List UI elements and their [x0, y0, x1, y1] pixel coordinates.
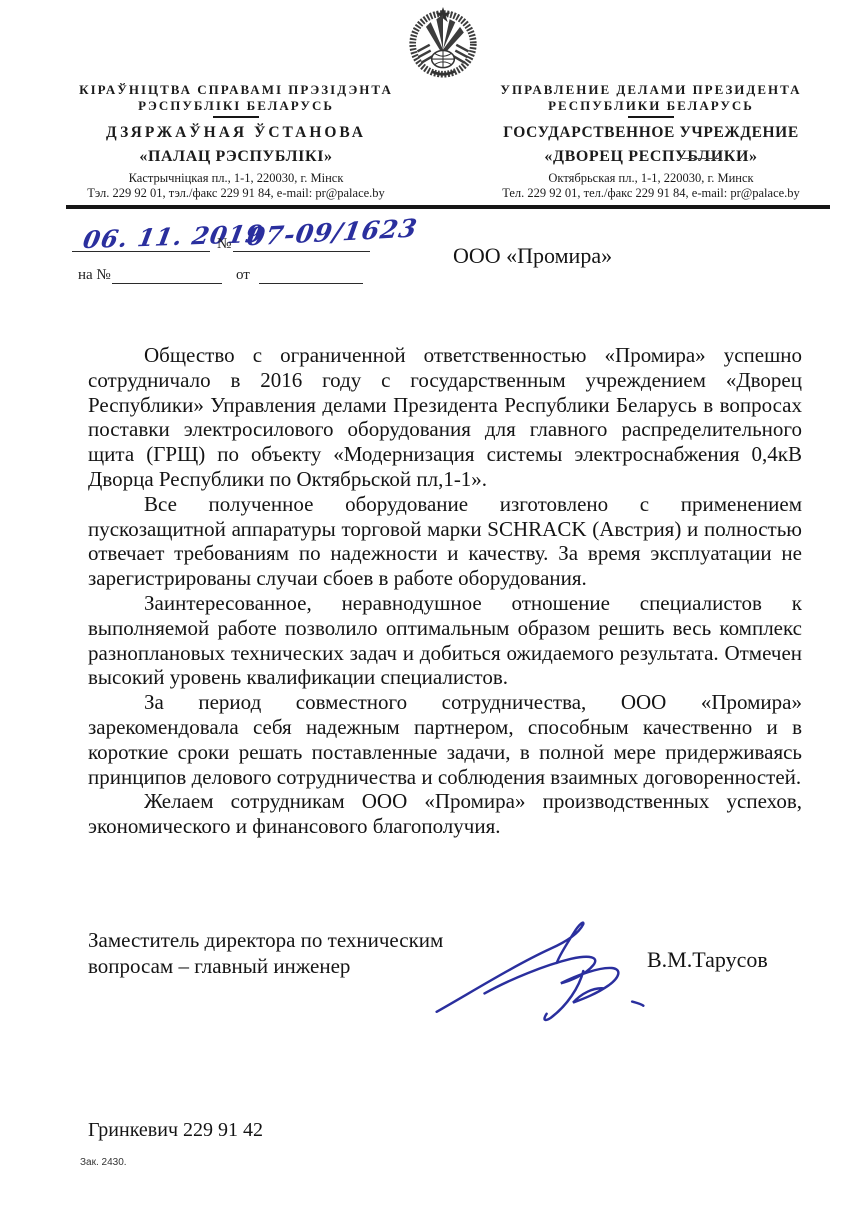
- institution-line1: ГОСУДАРСТВЕННОЕ УЧРЕЖДЕНИЕ: [468, 123, 834, 142]
- print-order-note: Зак. 2430.: [80, 1157, 127, 1168]
- blank-line-incoming-number: [112, 283, 222, 284]
- signer-position: Заместитель директора по техническим воп…: [88, 927, 443, 979]
- recipient: ООО «Промира»: [453, 243, 612, 269]
- body-paragraph: Желаем сотрудникам ООО «Промира» произво…: [88, 789, 802, 839]
- blank-line-date: [72, 251, 210, 252]
- incoming-date-label: от: [236, 267, 250, 284]
- letterhead-right: УПРАВЛЕНИЕ ДЕЛАМИ ПРЕЗИДЕНТА РЕСПУБЛИКИ …: [468, 82, 834, 201]
- divider: [213, 116, 259, 118]
- contacts-line: Тел. 229 92 01, тел./факс 229 91 84, e-m…: [468, 186, 834, 201]
- executor-contact: Гринкевич 229 91 42: [88, 1119, 263, 1142]
- divider: [682, 158, 722, 159]
- signer-name: В.М.Тарусов: [647, 947, 768, 973]
- letter-page: КІРАЎНІЦТВА СПРАВАМІ ПРЭЗІДЭНТА РЭСПУБЛІ…: [0, 0, 854, 1232]
- divider: [628, 116, 674, 118]
- body-paragraph: Заинтересованное, неравнодушное отношени…: [88, 591, 802, 690]
- number-sign-label: №: [217, 236, 231, 253]
- signer-position-line1: Заместитель директора по техническим: [88, 927, 443, 953]
- org-name-line2: РЭСПУБЛІКІ БЕЛАРУСЬ: [58, 98, 414, 114]
- outgoing-number-handwritten: 07-09/1623: [245, 214, 420, 252]
- blank-line-number: [233, 251, 370, 252]
- address-line: Октябрьская пл., 1-1, 220030, г. Минск: [468, 171, 834, 186]
- institution-line1: ДЗЯРЖАЎНАЯ ЎСТАНОВА: [58, 123, 414, 142]
- incoming-number-label: на №: [78, 267, 111, 284]
- institution-line2: «ДВОРЕЦ РЕСПУБЛИКИ»: [468, 147, 834, 166]
- address-line: Кастрычніцкая пл., 1-1, 220030, г. Мінск: [58, 171, 414, 186]
- body-paragraph: Все полученное оборудование изготовлено …: [88, 492, 802, 591]
- org-name-line2: РЕСПУБЛИКИ БЕЛАРУСЬ: [468, 98, 834, 114]
- body-paragraph: За период совместного сотрудничества, ОО…: [88, 690, 802, 789]
- letterhead-left: КІРАЎНІЦТВА СПРАВАМІ ПРЭЗІДЭНТА РЭСПУБЛІ…: [58, 82, 414, 201]
- org-name-line1: КІРАЎНІЦТВА СПРАВАМІ ПРЭЗІДЭНТА: [58, 82, 414, 98]
- blank-line-incoming-date: [259, 283, 363, 284]
- header-rule: [66, 205, 830, 209]
- belarus-coat-of-arms-icon: [402, 6, 484, 78]
- signer-position-line2: вопросам – главный инженер: [88, 953, 443, 979]
- contacts-line: Тэл. 229 92 01, тэл./факс 229 91 84, e-m…: [58, 186, 414, 201]
- date-handwritten: 06. 11. 2019: [81, 219, 266, 254]
- signature-icon: [428, 912, 653, 1024]
- org-name-line1: УПРАВЛЕНИЕ ДЕЛАМИ ПРЕЗИДЕНТА: [468, 82, 834, 98]
- body-paragraph: Общество с ограниченной ответственностью…: [88, 343, 802, 492]
- letter-body: Общество с ограниченной ответственностью…: [88, 343, 802, 839]
- institution-line2: «ПАЛАЦ РЭСПУБЛІКІ»: [58, 147, 414, 166]
